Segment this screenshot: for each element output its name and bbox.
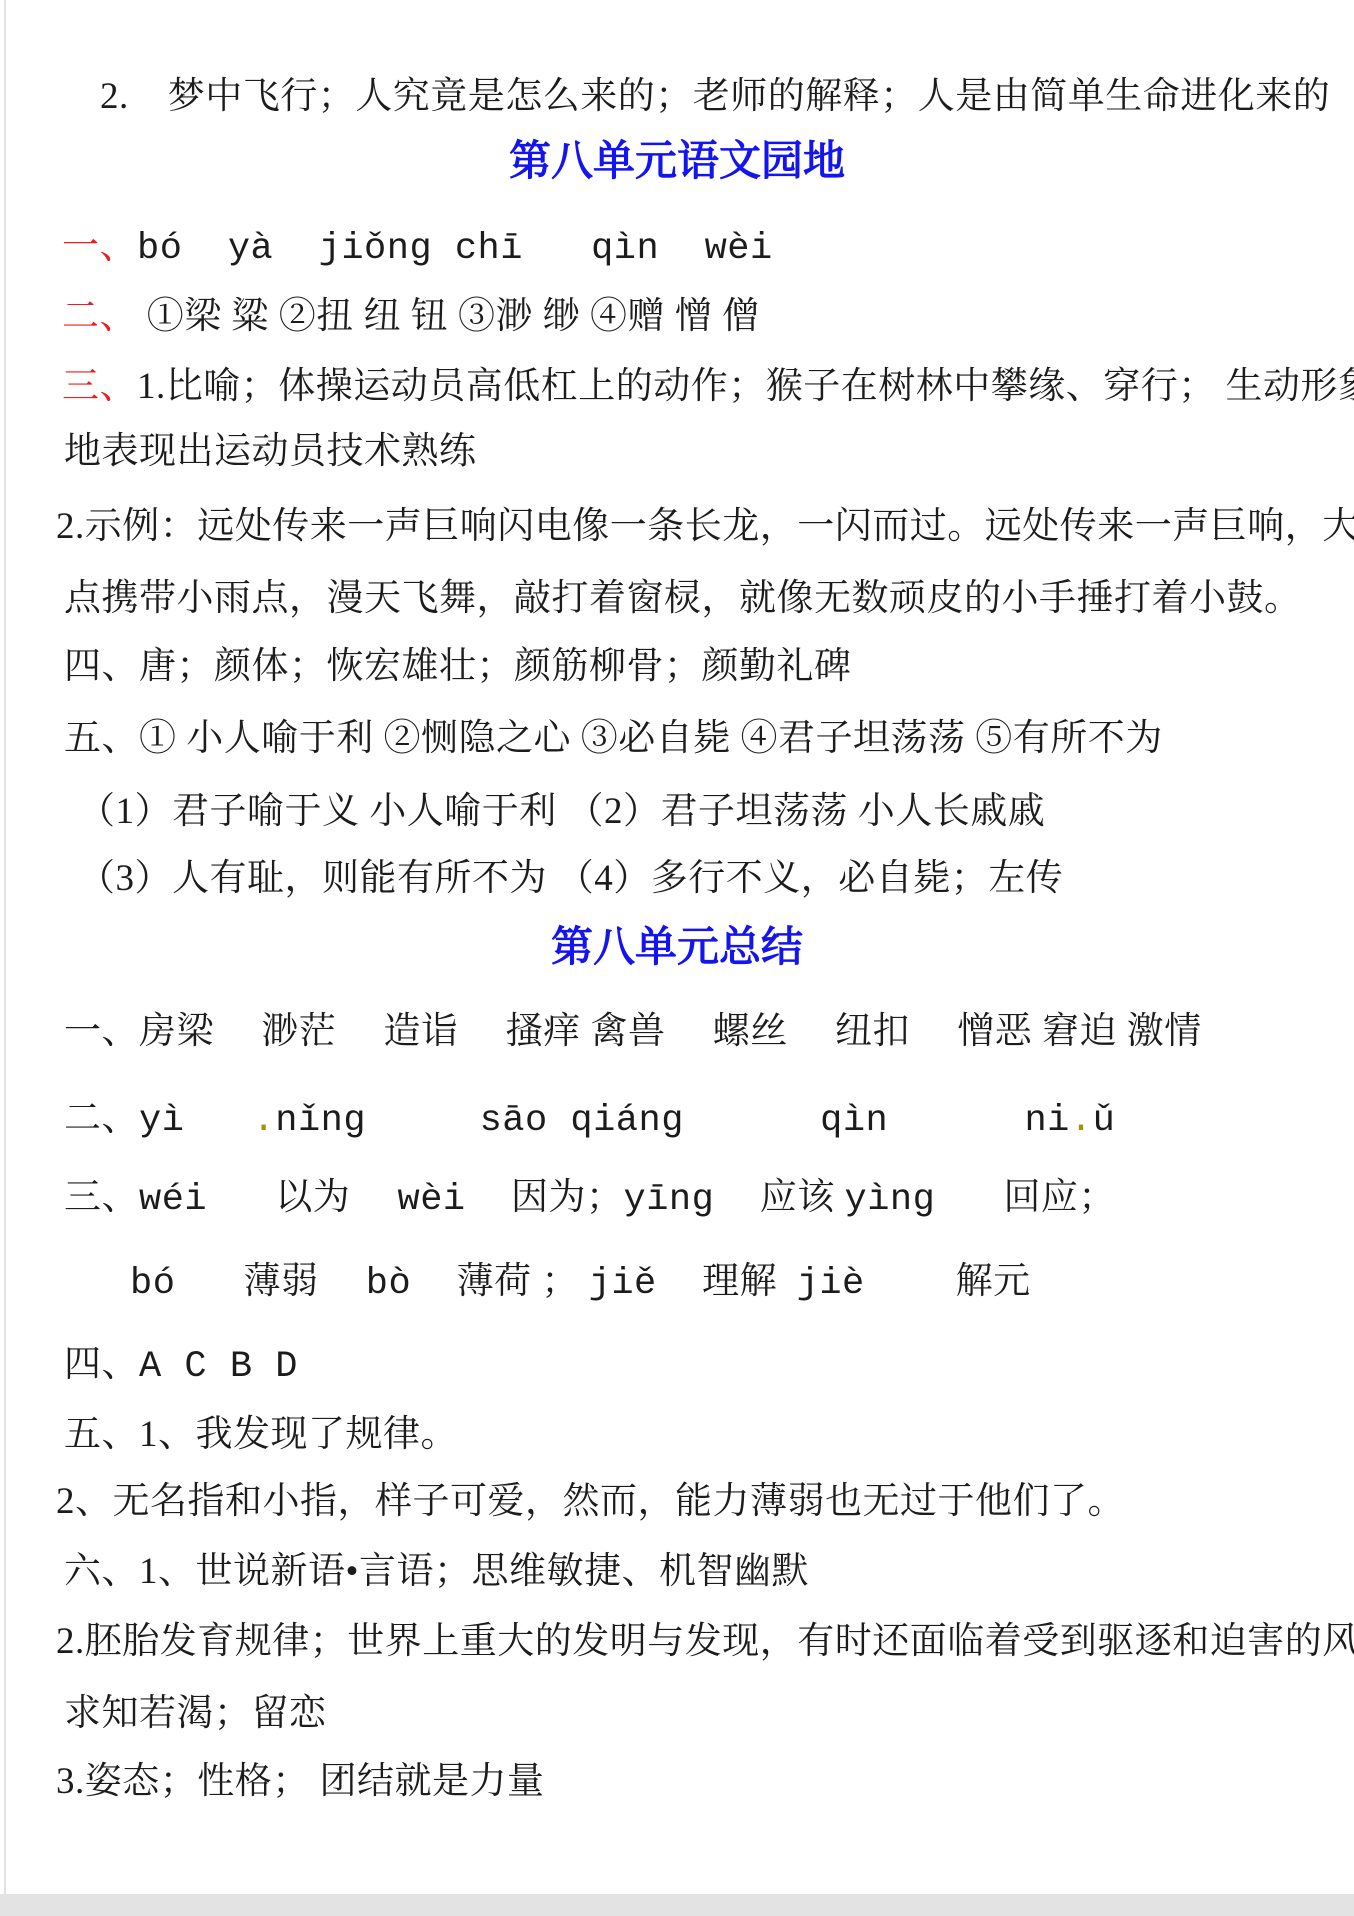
text-segment: 2.胚胎发育规律；世界上重大的发明与发现，有时还面临着受到驱逐和迫害的风险； [56, 1621, 1354, 1662]
text-segment: 一、 [62, 226, 137, 267]
text-segment: 六、1、世说新语•言语；思维敏捷、机智幽默 [64, 1551, 809, 1592]
text-segment: 求知若渴；留恋 [64, 1693, 327, 1734]
text-segment: ǔ [1093, 1100, 1116, 1142]
text-segment: 五、① 小人喻于利 ②恻隐之心 ③必自毙 ④君子坦荡荡 ⑤有所不为 [64, 718, 1163, 759]
text-segment: jiě [589, 1263, 703, 1305]
text-line: 二、 ①梁 粱 ②扭 纽 钮 ③渺 缈 ④赠 憎 僧 [62, 295, 760, 339]
section-heading: 第八单元总结 [0, 924, 1354, 972]
text-line: 2.示例：远处传来一声巨响闪电像一条长龙，一闪而过。远处传来一声巨响，大雨 [56, 505, 1354, 549]
text-line: 一、bó yà jiǒng chī qìn wèi [62, 225, 773, 272]
text-line: 2、无名指和小指，样子可爱，然而，能力薄弱也无过于他们了。 [56, 1480, 1125, 1524]
text-line: 三、wéi 以为 wèi 因为；yīng 应该 yìng 回应； [64, 1176, 1116, 1223]
text-line: 六、1、世说新语•言语；思维敏捷、机智幽默 [64, 1550, 809, 1594]
text-segment: 以为 [275, 1177, 397, 1218]
text-segment: wéi [139, 1179, 275, 1221]
text-segment: 薄弱 [244, 1261, 366, 1302]
text-segment: bò [366, 1263, 457, 1305]
text-line: 三、1.比喻；体操运动员高低杠上的动作；猴子在树林中攀缘、穿行； 生动形象 [62, 365, 1354, 409]
text-segment: wèi [397, 1179, 511, 1221]
text-segment: jiè [797, 1263, 956, 1305]
text-segment: （3）人有耻，则能有所不为 （4）多行不义，必自毙；左传 [78, 858, 1063, 899]
text-line: 2. 梦中飞行；人究竟是怎么来的；老师的解释；人是由简单生命进化来的 [100, 75, 1330, 119]
text-line: 五、① 小人喻于利 ②恻隐之心 ③必自毙 ④君子坦荡荡 ⑤有所不为 [64, 717, 1163, 761]
text-segment: bó [130, 1263, 244, 1305]
text-line: 二、yì .nǐng sāo qiáng qìn ni.ǔ [64, 1097, 1115, 1144]
text-segment: 五、1、我发现了规律。 [64, 1414, 458, 1455]
text-line: （1）君子喻于义 小人喻于利 （2）君子坦荡荡 小人长戚戚 [78, 790, 1045, 834]
text-line: 四、唐；颜体；恢宏雄壮；颜筋柳骨；颜勤礼碑 [64, 645, 852, 689]
text-segment: . [253, 1100, 276, 1142]
text-segment: 因为； [511, 1177, 624, 1218]
text-line: 2.胚胎发育规律；世界上重大的发明与发现，有时还面临着受到驱逐和迫害的风险； [56, 1620, 1354, 1664]
text-segment: 应该 [760, 1177, 845, 1218]
text-segment: 回应； [1003, 1177, 1116, 1218]
text-segment: 第八单元语文园地 [509, 139, 845, 185]
text-segment: yì [139, 1100, 253, 1142]
text-segment: nǐng sāo qiáng qìn ni [275, 1100, 1070, 1142]
text-segment: 2. 梦中飞行；人究竟是怎么来的；老师的解释；人是由简单生命进化来的 [100, 76, 1330, 117]
text-segment: 解元 [956, 1261, 1031, 1302]
text-segment: 点携带小雨点，漫天飞舞，敲打着窗棂，就像无数顽皮的小手捶打着小鼓。 [64, 578, 1302, 619]
text-segment: 二、 [64, 1098, 139, 1139]
text-segment: 二、 [62, 296, 137, 337]
text-segment: yìng [845, 1179, 1004, 1221]
section-heading: 第八单元语文园地 [0, 138, 1354, 186]
text-segment: 三、 [64, 1177, 139, 1218]
text-line: bó 薄弱 bò 薄荷 ； jiě 理解 jiè 解元 [130, 1260, 1031, 1307]
text-segment: 地表现出运动员技术熟练 [64, 431, 477, 472]
text-segment: A C B D [139, 1346, 298, 1388]
text-segment: bó yà jiǒng chī qìn wèi [137, 228, 773, 270]
document-body: 2. 梦中飞行；人究竟是怎么来的；老师的解释；人是由简单生命进化来的第八单元语文… [0, 0, 1354, 1916]
text-line: 3.姿态；性格； 团结就是力量 [56, 1760, 545, 1804]
text-segment: . [1070, 1100, 1093, 1142]
text-segment: yīng [624, 1179, 760, 1221]
text-line: 一、房梁 渺茫 造诣 搔痒 禽兽 螺丝 纽扣 憎恶 窘迫 激情 [64, 1010, 1202, 1054]
text-segment: 三、 [62, 366, 137, 407]
page-bottom-strip [0, 1894, 1354, 1916]
text-segment: 2.示例：远处传来一声巨响闪电像一条长龙，一闪而过。远处传来一声巨响，大雨 [56, 506, 1354, 547]
text-segment: 2、无名指和小指，样子可爱，然而，能力薄弱也无过于他们了。 [56, 1481, 1125, 1522]
text-line: 地表现出运动员技术熟练 [64, 430, 477, 474]
text-segment: 3.姿态；性格； 团结就是力量 [56, 1761, 545, 1802]
text-segment: 一、房梁 渺茫 造诣 搔痒 禽兽 螺丝 纽扣 憎恶 窘迫 激情 [64, 1011, 1202, 1052]
text-segment: 理解 [702, 1261, 797, 1302]
document-page: 2. 梦中飞行；人究竟是怎么来的；老师的解释；人是由简单生命进化来的第八单元语文… [0, 0, 1354, 1916]
text-segment: 薄荷 ； [457, 1261, 589, 1302]
text-segment: ①梁 粱 ②扭 纽 钮 ③渺 缈 ④赠 憎 僧 [137, 296, 760, 337]
text-line: 五、1、我发现了规律。 [64, 1413, 458, 1457]
text-line: 点携带小雨点，漫天飞舞，敲打着窗棂，就像无数顽皮的小手捶打着小鼓。 [64, 577, 1302, 621]
text-line: 求知若渴；留恋 [64, 1692, 327, 1736]
text-segment: 1.比喻；体操运动员高低杠上的动作；猴子在树林中攀缘、穿行； 生动形象 [137, 366, 1354, 407]
text-segment: 四、 [64, 1344, 139, 1385]
text-segment: 第八单元总结 [551, 925, 803, 971]
text-line: （3）人有耻，则能有所不为 （4）多行不义，必自毙；左传 [78, 857, 1063, 901]
text-line: 四、A C B D [64, 1343, 298, 1390]
text-segment: 四、唐；颜体；恢宏雄壮；颜筋柳骨；颜勤礼碑 [64, 646, 852, 687]
text-segment: （1）君子喻于义 小人喻于利 （2）君子坦荡荡 小人长戚戚 [78, 791, 1045, 832]
